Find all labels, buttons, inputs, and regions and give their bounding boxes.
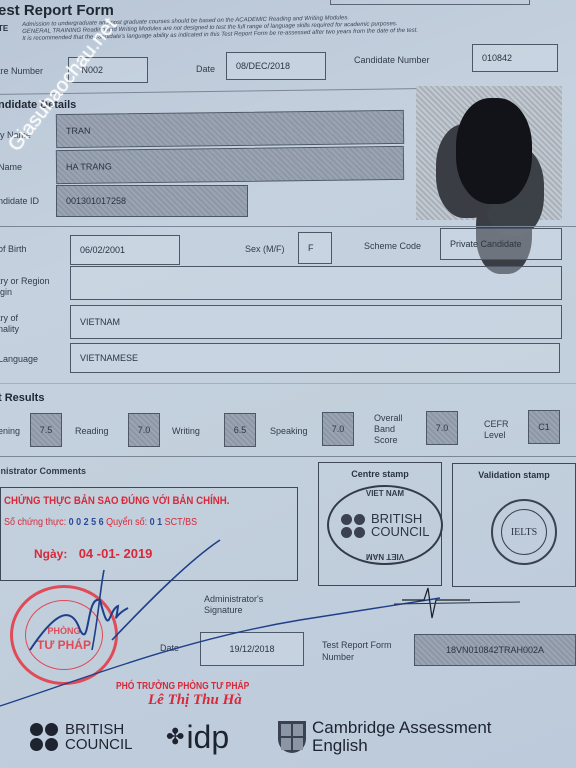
origin-label-line: try or Region	[0, 276, 50, 287]
signature-label: Administrator's Signature	[204, 594, 263, 616]
overall-label-line: Overall	[374, 413, 403, 424]
writing-label: Writing	[172, 426, 200, 437]
cert-no-label: Số chứng thực:	[4, 517, 66, 528]
ielts-stamp: IELTS	[491, 499, 557, 565]
british-council-dots-icon	[341, 514, 367, 538]
certification-date-line: Ngày: 04 -01- 2019	[34, 546, 152, 561]
signature-date-label: Date	[160, 643, 179, 653]
ielts-stamp-text: IELTS	[501, 509, 547, 555]
stamp-brand: BRITISH COUNCIL	[371, 512, 430, 538]
family-name-field: TRAN	[56, 110, 404, 148]
overall-label-line: Band	[374, 424, 403, 435]
candidate-number-field: 010842	[472, 44, 558, 72]
date-field: 08/DEC/2018	[226, 52, 326, 80]
dob-label: of Birth	[0, 244, 27, 254]
seal-top-text: PHÒNG	[13, 626, 115, 636]
candidate-number-label: Candidate Number	[354, 55, 430, 65]
nationality-field: VIETNAM	[70, 305, 562, 339]
cert-date: 04 -01- 2019	[79, 546, 153, 561]
divider	[0, 226, 576, 227]
cert-no: 0 0 2 5 6	[69, 517, 104, 528]
admin-comments-heading: inistrator Comments	[0, 466, 86, 476]
british-council-stamp: VIET NAM BRITISH COUNCIL VIET NAM	[327, 485, 443, 565]
stamp-brand-line: COUNCIL	[371, 525, 430, 538]
date-label: Date	[196, 64, 215, 74]
listening-score: 7.5	[30, 413, 62, 447]
cambridge-logo: Cambridge Assessment English	[278, 715, 492, 759]
cambridge-shield-icon	[278, 721, 306, 753]
bc-logo-line: BRITISH	[65, 722, 133, 737]
overall-score: 7.0	[426, 411, 458, 445]
official-name: Lê Thị Thu Hà	[148, 692, 242, 709]
cefr-label-line: CEFR	[484, 419, 509, 430]
language-label: Language	[0, 354, 38, 364]
reading-label: Reading	[75, 426, 109, 437]
cefr-label-line: Level	[484, 430, 509, 441]
scheme-code-label: Scheme Code	[364, 241, 421, 251]
cambridge-line: Cambridge Assessment	[312, 719, 492, 737]
stamp-bottom-text: VIET NAM	[329, 552, 441, 561]
idp-text: idp	[186, 719, 229, 756]
candidate-id-label: ndidate ID	[0, 196, 39, 206]
seal-main-text: TƯ PHÁP	[13, 638, 115, 652]
listening-label: ening	[0, 426, 20, 437]
first-name-label: Name	[0, 162, 22, 172]
tu-phap-seal: PHÒNG TƯ PHÁP	[10, 585, 118, 685]
centre-stamp-box: Centre stamp VIET NAM BRITISH COUNCIL VI…	[318, 462, 442, 586]
certification-line: CHỨNG THỰC BẢN SAO ĐÚNG VỚI BẢN CHÍNH.	[4, 495, 229, 507]
origin-field	[70, 266, 562, 300]
overall-label-line: Score	[374, 435, 403, 446]
scheme-code-field: Private Candidate	[440, 228, 562, 260]
cambridge-line: English	[312, 737, 492, 755]
photo-redaction	[456, 98, 532, 204]
british-council-dots-icon	[30, 723, 60, 751]
cert-date-label: Ngày:	[34, 547, 67, 561]
sex-field: F	[298, 232, 332, 264]
stamp-top-text: VIET NAM	[329, 489, 441, 498]
official-title: PHÓ TRƯỞNG PHÒNG TƯ PHÁP	[116, 681, 249, 692]
dob-field: 06/02/2001	[70, 235, 180, 265]
british-council-logo: BRITISH COUNCIL	[30, 715, 133, 759]
validation-stamp-title: Validation stamp	[453, 470, 575, 480]
language-field: VIETNAMESE	[70, 343, 560, 373]
idp-mark-icon: ✤	[166, 724, 184, 750]
origin-label: try or Region igin	[0, 276, 50, 298]
idp-logo: ✤ idp	[166, 715, 229, 759]
trf-number-label: Test Report Form Number	[322, 639, 392, 663]
origin-label-line: igin	[0, 287, 50, 298]
nationality-label-line: nality	[0, 324, 19, 335]
trf-number-field: 18VN010842TRAH002A	[414, 634, 576, 666]
overall-label: Overall Band Score	[374, 413, 403, 446]
book-label: Quyển số:	[106, 517, 147, 528]
nationality-label: try of nality	[0, 313, 19, 335]
candidate-id-field: 001301017258	[56, 185, 248, 217]
cefr-label: CEFR Level	[484, 419, 509, 441]
first-name-field: HA TRANG	[56, 146, 404, 184]
speaking-score: 7.0	[322, 412, 354, 446]
book-suffix: SCT/BS	[165, 517, 198, 528]
signature-label-line: Administrator's	[204, 594, 263, 605]
centre-stamp-title: Centre stamp	[319, 469, 441, 479]
book-no: 0 1	[150, 517, 163, 528]
test-results-heading: t Results	[0, 392, 44, 404]
top-right-box	[330, 0, 530, 5]
form-title: est Report Form	[0, 2, 114, 19]
signature-date-field: 19/12/2018	[200, 632, 304, 666]
validation-stamp-box: Validation stamp IELTS	[452, 463, 576, 587]
candidate-photo	[416, 86, 562, 220]
cefr-level: C1	[528, 410, 560, 444]
sex-label: Sex (M/F)	[245, 244, 285, 254]
reading-score: 7.0	[128, 413, 160, 447]
nationality-label-line: try of	[0, 313, 19, 324]
bc-logo-line: COUNCIL	[65, 737, 133, 752]
certification-number-line: Số chứng thực: 0 0 2 5 6 Quyển số: 0 1 S…	[4, 517, 197, 528]
signature-label-line: Signature	[204, 605, 263, 616]
speaking-label: Speaking	[270, 426, 308, 437]
writing-score: 6.5	[224, 413, 256, 447]
divider	[0, 456, 576, 457]
trf-label-line: Number	[322, 651, 392, 663]
note-label: TE	[0, 24, 8, 33]
divider	[0, 383, 576, 384]
centre-number-label: tre Number	[0, 66, 43, 76]
trf-label-line: Test Report Form	[322, 639, 392, 651]
